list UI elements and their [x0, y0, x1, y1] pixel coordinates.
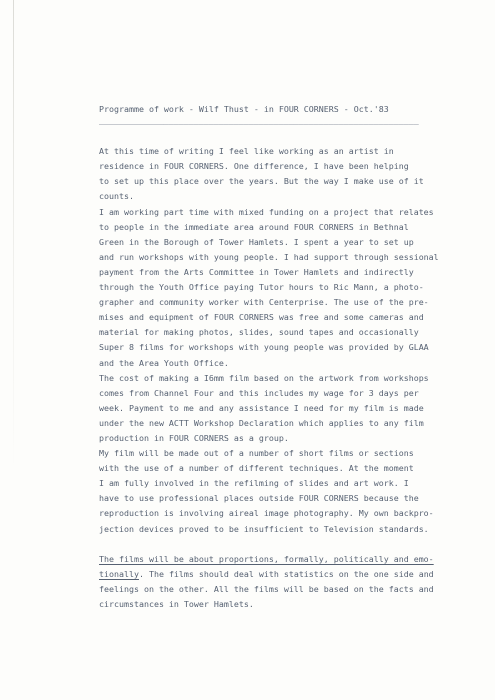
text-line: reproduction is involving aireal image p…	[99, 506, 453, 521]
text-line: Green in the Borough of Tower Hamlets. I…	[99, 235, 453, 250]
text-line: jection devices proved to be insufficien…	[99, 522, 453, 537]
title-rule: ________________________________________…	[99, 113, 453, 128]
text-line: comes from Channel Four and this include…	[99, 386, 453, 401]
text-line: tionally. The films should deal with sta…	[99, 567, 453, 582]
text-line: residence in FOUR CORNERS. One differenc…	[99, 159, 453, 174]
text-line: to set up this place over the years. But…	[99, 174, 453, 189]
text-line: circumstances in Tower Hamlets.	[99, 597, 453, 612]
paragraph: My film will be made out of a number of …	[99, 446, 453, 537]
text-line: under the new ACTT Workshop Declaration …	[99, 416, 453, 431]
text-line: and run workshops with young people. I h…	[99, 250, 453, 265]
text-line: and the Area Youth Office.	[99, 356, 453, 371]
text-line: to people in the immediate area around F…	[99, 220, 453, 235]
text-line: payment from the Arts Committee in Tower…	[99, 265, 453, 280]
text-segment: . The films should deal with statistics …	[139, 569, 434, 579]
text-line: counts.	[99, 189, 453, 204]
text-line: feelings on the other. All the films wil…	[99, 582, 453, 597]
text-line: production in FOUR CORNERS as a group.	[99, 431, 453, 446]
text-line: with the use of a number of different te…	[99, 461, 453, 476]
text-line: have to use professional places outside …	[99, 491, 453, 506]
scanned-page: Programme of work - Wilf Thust - in FOUR…	[0, 0, 495, 700]
text-line: mises and equipment of FOUR CORNERS was …	[99, 310, 453, 325]
underlined-text: The films will be about proportions, for…	[99, 554, 434, 564]
text-line: I am fully involved in the refilming of …	[99, 476, 453, 491]
text-line: material for making photos, slides, soun…	[99, 325, 453, 340]
paragraph: At this time of writing I feel like work…	[99, 144, 453, 204]
underlined-text: tionally	[99, 569, 139, 579]
typewritten-content: Programme of work - Wilf Thust - in FOUR…	[99, 102, 453, 612]
paragraph: The cost of making a I6mm film based on …	[99, 371, 453, 446]
paper-edge-line	[13, 0, 14, 470]
text-line: I am working part time with mixed fundin…	[99, 205, 453, 220]
text-line: Super 8 films for workshops with young p…	[99, 340, 453, 355]
text-line: week. Payment to me and any assistance I…	[99, 401, 453, 416]
text-line: through the Youth Office paying Tutor ho…	[99, 280, 453, 295]
text-line: At this time of writing I feel like work…	[99, 144, 453, 159]
text-line: The cost of making a I6mm film based on …	[99, 371, 453, 386]
text-line: The films will be about proportions, for…	[99, 552, 453, 567]
document-body: At this time of writing I feel like work…	[99, 144, 453, 612]
paragraph: The films will be about proportions, for…	[99, 552, 453, 612]
text-line: grapher and community worker with Center…	[99, 295, 453, 310]
text-line: My film will be made out of a number of …	[99, 446, 453, 461]
paragraph: I am working part time with mixed fundin…	[99, 205, 453, 371]
